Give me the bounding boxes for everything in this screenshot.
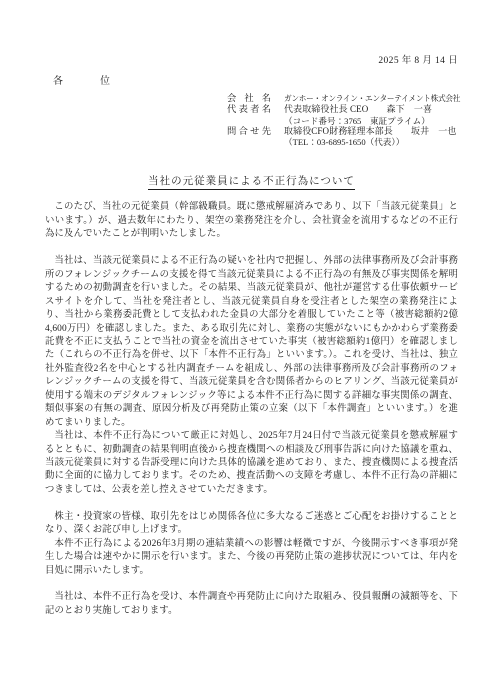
company-name-label: 会社名 — [227, 94, 271, 104]
document-page: 2025 年 8 月 14 日 各 位 会社名 ガンホー・オンライン・エンターテ… — [0, 0, 490, 692]
document-title-text: 当社の元従業員による不正行為について — [148, 176, 355, 190]
representative-value: 代表取締役社長 CEO 森下 一喜 — [284, 104, 458, 114]
info-row-company-name: 会社名 ガンホー・オンライン・エンターテイメント株式会社 — [227, 94, 458, 104]
addressee: 各 位 — [53, 75, 110, 88]
paragraph: このたび、当社の元従業員（幹部級職員。既に懲戒解雇済みであり、以下「当該元従業員… — [45, 201, 458, 241]
company-info-block: 会社名 ガンホー・オンライン・エンターテイメント株式会社 代表者名 代表取締役社… — [227, 94, 458, 147]
paragraph-group-apology: 株主・投資家の皆様、取引先をはじめ関係各位に多大なるご迷惑とご心配をお掛けするこ… — [45, 511, 458, 578]
company-name-value: ガンホー・オンライン・エンターテイメント株式会社 — [284, 94, 460, 104]
paragraph-group-measures: 当社は、本件不正行為を受け、本件調査や再発防止に向けた取組み、役員報酬の減額等を… — [45, 591, 458, 618]
paragraph-group-intro: このたび、当社の元従業員（幹部級職員。既に懲戒解雇済みであり、以下「当該元従業員… — [45, 201, 458, 241]
representative-label: 代表者名 — [227, 105, 271, 115]
paragraph: 当社は、本件不正行為について厳正に対処し、2025年7月24日付で当該元従業員を… — [45, 430, 458, 497]
paragraph: 当社は、当該元従業員による不正行為の疑いを社内で把握し、外部の法律事務所及び会計… — [45, 255, 458, 430]
info-row-contact: 問合せ先 取締役CFO財務経理本部長 坂井 一也 — [227, 126, 458, 137]
contact-value: 取締役CFO財務経理本部長 坂井 一也 — [284, 126, 458, 136]
document-title: 当社の元従業員による不正行為について — [45, 174, 458, 189]
info-row-stock-code: （コード番号：3765 東証プライム） — [227, 116, 458, 126]
addressee-row: 各 位 — [45, 73, 458, 88]
contact-label: 問合せ先 — [227, 127, 271, 137]
document-date: 2025 年 8 月 14 日 — [45, 55, 458, 67]
stock-code-value: （コード番号：3765 東証プライム） — [284, 116, 458, 126]
paragraph: 本件不正行為による2026年3月期の連結業績への影響は軽微ですが、今後開示すべき… — [45, 538, 458, 578]
paragraph: 株主・投資家の皆様、取引先をはじめ関係各位に多大なるご迷惑とご心配をお掛けするこ… — [45, 511, 458, 538]
info-row-phone: （TEL：03-6895-1650（代表）） — [227, 137, 458, 147]
phone-value: （TEL：03-6895-1650（代表）） — [284, 137, 458, 147]
paragraph-group-investigation: 当社は、当該元従業員による不正行為の疑いを社内で把握し、外部の法律事務所及び会計… — [45, 255, 458, 497]
info-row-representative: 代表者名 代表取締役社長 CEO 森下 一喜 — [227, 104, 458, 115]
paragraph: 当社は、本件不正行為を受け、本件調査や再発防止に向けた取組み、役員報酬の減額等を… — [45, 591, 458, 618]
document-body: このたび、当社の元従業員（幹部級職員。既に懲戒解雇済みであり、以下「当該元従業員… — [45, 201, 458, 618]
